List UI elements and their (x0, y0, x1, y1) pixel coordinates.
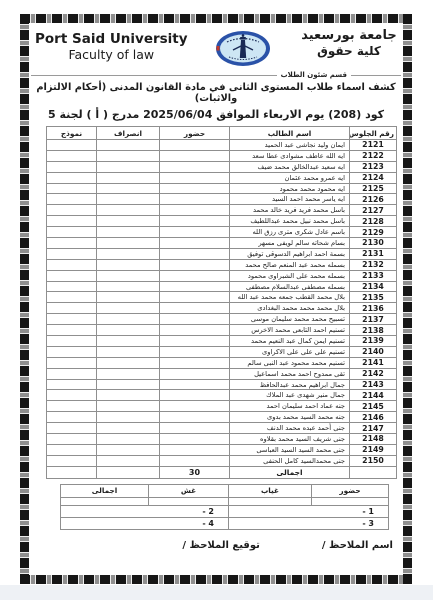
seat-number-cell: 2136 (350, 303, 397, 314)
attendance-cell (160, 259, 230, 270)
departure-cell (97, 292, 160, 303)
departure-cell (97, 336, 160, 347)
attendance-cell (160, 412, 230, 423)
stats-notes-row-2: - 3 - 4 (61, 517, 389, 529)
student-name-cell: بسمله محمد عبد المنعم صالح محمد (230, 259, 350, 270)
student-row: 2121 ايمان وليد نجاشى عبد الحميد (47, 140, 397, 151)
seat-number-cell: 2141 (350, 357, 397, 368)
attendance-cell (160, 205, 230, 216)
attendance-cell (160, 194, 230, 205)
student-name-cell: بلال محمد القطب جمعه محمد عبد الله (230, 292, 350, 303)
form-cell (47, 281, 97, 292)
university-name-ar: جامعة بورسعيد (299, 28, 399, 44)
seat-number-cell: 2130 (350, 238, 397, 249)
student-name-cell: تسنيم على على على الاكراوى (230, 346, 350, 357)
attendance-cell (160, 238, 230, 249)
seat-number-cell: 2132 (350, 259, 397, 270)
stats-header-row: حضور غياب غش اجمالى (61, 484, 389, 497)
form-cell (47, 183, 97, 194)
form-cell (47, 161, 97, 172)
seat-number-cell: 2144 (350, 390, 397, 401)
attendance-cell (160, 270, 230, 281)
student-name-cell: تسنيم محمد محمود عبد النبى سالم (230, 357, 350, 368)
seat-number-cell: 2148 (350, 434, 397, 445)
attendance-cell (160, 150, 230, 161)
faculty-name-en: Faculty of law (35, 47, 188, 63)
seat-number-cell: 2140 (350, 346, 397, 357)
seat-number-cell: 2123 (350, 161, 397, 172)
form-cell (47, 292, 97, 303)
form-cell (47, 270, 97, 281)
student-row: 2131 بسمة احمد ابراهيم الدسوقى توفيق (47, 248, 397, 259)
form-cell (47, 303, 97, 314)
note-line-1: - 1 (229, 505, 389, 517)
attendance-cell (160, 357, 230, 368)
form-cell (47, 401, 97, 412)
sheet-title: كشف اسماء طلاب المستوى الثانى في مادة ال… (29, 82, 403, 104)
attendance-cell (160, 346, 230, 357)
departure-cell (97, 401, 160, 412)
form-cell (47, 412, 97, 423)
student-name-cell: جنى أحمد عبده محمد الدنف (230, 423, 350, 434)
signature-line: اسم الملاحظ / توقيع الملاحظ / (29, 540, 393, 551)
form-cell (47, 140, 97, 151)
form-cell (47, 216, 97, 227)
attendance-cell (160, 336, 230, 347)
form-cell (47, 455, 97, 466)
departure-cell (97, 140, 160, 151)
col-header-seat-number: رقم الجلوس (350, 127, 397, 140)
departure-cell (97, 390, 160, 401)
student-name-cell: جنه عماد احمد سليمان احمد (230, 401, 350, 412)
seat-number-cell: 2135 (350, 292, 397, 303)
total-count: 30 (160, 466, 230, 478)
attendance-cell (160, 172, 230, 183)
col-header-departure: انصراف (97, 127, 160, 140)
student-name-cell: ايه محمود محمد محمود (230, 183, 350, 194)
form-cell (47, 346, 97, 357)
departure-cell (97, 238, 160, 249)
student-name-cell: باسل محمد نبيل محمد عبداللطيف (230, 216, 350, 227)
note-line-2: - 2 (61, 505, 229, 517)
student-name-cell: ايمان وليد نجاشى عبد الحميد (230, 140, 350, 151)
departure-cell (97, 325, 160, 336)
attendance-cell (160, 423, 230, 434)
seat-number-cell: 2125 (350, 183, 397, 194)
student-row: 2132 بسمله محمد عبد المنعم صالح محمد (47, 259, 397, 270)
student-name-cell: ايه سعيد عبدالخالق محمد ضيف (230, 161, 350, 172)
student-row: 2133 بسمله محمد على الشبراوى محمود (47, 270, 397, 281)
student-row: 2135 بلال محمد القطب جمعه محمد عبد الله (47, 292, 397, 303)
form-cell (47, 368, 97, 379)
attendance-cell (160, 281, 230, 292)
seat-number-cell: 2139 (350, 336, 397, 347)
attendance-cell (160, 183, 230, 194)
form-cell (47, 336, 97, 347)
student-name-cell: بسمة احمد ابراهيم الدسوقى توفيق (230, 248, 350, 259)
student-name-cell: بسام شحاته سالم لويفى مسهر (230, 238, 350, 249)
student-row: 2130 بسام شحاته سالم لويفى مسهر (47, 238, 397, 249)
student-name-cell: باسم عادل شكرى مترى رزق الله (230, 227, 350, 238)
departure-cell (97, 368, 160, 379)
seat-number-cell: 2131 (350, 248, 397, 259)
stats-header-total: اجمالى (61, 484, 149, 497)
summary-stats-table: حضور غياب غش اجمالى - 1 - 2 - 3 - 4 (60, 484, 389, 530)
student-name-cell: جمال منير شهدى عبد الملاك (230, 390, 350, 401)
student-name-cell: جنى محمدالسيد كامل الحنفى (230, 455, 350, 466)
stats-notes-row-1: - 1 - 2 (61, 505, 389, 517)
border-chain-top (20, 14, 412, 23)
student-name-cell: ايه عمرو محمد عثمان (230, 172, 350, 183)
seat-number-cell: 2126 (350, 194, 397, 205)
student-row: 2137 تسبيح محمد محمد سليمان موسى (47, 314, 397, 325)
seat-number-cell: 2127 (350, 205, 397, 216)
departure-cell (97, 205, 160, 216)
student-row: 2122 ايه الله عاطف مشوادى عطا سعد (47, 150, 397, 161)
decorative-border-frame: جامعة بورسعيد كلية حقوق (20, 14, 412, 584)
student-row: 2139 تسنيم ايمن كمال عبد النعيم محمد (47, 336, 397, 347)
divider-line-left (31, 75, 277, 76)
seat-number-cell: 2150 (350, 455, 397, 466)
divider-line-right (351, 75, 401, 76)
form-cell (47, 227, 97, 238)
student-row: 2140 تسنيم على على على الاكراوى (47, 346, 397, 357)
departure-cell (97, 346, 160, 357)
departure-cell (97, 161, 160, 172)
form-cell (47, 172, 97, 183)
student-name-cell: جمال ابراهيم محمد عبدالحافظ (230, 379, 350, 390)
form-cell (47, 390, 97, 401)
student-row: 2126 ايه ياسر محمد احمد السيد (47, 194, 397, 205)
border-chain-right (403, 14, 412, 584)
seat-number-cell: 2121 (350, 140, 397, 151)
attendance-cell (160, 216, 230, 227)
seat-number-cell: 2146 (350, 412, 397, 423)
attendance-cell (160, 303, 230, 314)
form-cell (47, 205, 97, 216)
department-divider: قسم شئون الطلاب (31, 70, 401, 80)
departure-cell (97, 259, 160, 270)
stats-header-absent: غياب (229, 484, 312, 497)
observer-name-label: اسم الملاحظ / (322, 540, 393, 551)
student-row: 2127 باسل محمد فريد فريد خالد محمد (47, 205, 397, 216)
student-name-cell: تسنيم احمد التابعى محمد الاخرس (230, 325, 350, 336)
departure-cell (97, 172, 160, 183)
form-cell (47, 194, 97, 205)
student-row: 2148 جنى شريف السيد محمد بقلاوه (47, 434, 397, 445)
student-row: 2134 بسمله مصطفى عبدالسلام مصطفى (47, 281, 397, 292)
faculty-name-ar: كلية حقوق (299, 44, 399, 59)
form-cell (47, 423, 97, 434)
student-name-cell: جنه محمد السيد محمد بدوى (230, 412, 350, 423)
student-name-cell: بسمله محمد على الشبراوى محمود (230, 270, 350, 281)
note-line-4: - 4 (61, 517, 229, 529)
sheet-header: جامعة بورسعيد كلية حقوق (29, 23, 403, 70)
seat-number-cell: 2137 (350, 314, 397, 325)
seat-number-cell: 2129 (350, 227, 397, 238)
border-chain-bottom (20, 575, 412, 584)
seat-number-cell: 2122 (350, 150, 397, 161)
total-label: اجمالى (230, 466, 350, 478)
student-row: 2150 جنى محمدالسيد كامل الحنفى (47, 455, 397, 466)
student-row: 2143 جمال ابراهيم محمد عبدالحافظ (47, 379, 397, 390)
student-row: 2138 تسنيم احمد التابعى محمد الاخرس (47, 325, 397, 336)
attendance-table: رقم الجلوس اسم الطالب حضور انصراف نموذج … (46, 126, 397, 479)
student-name-cell: تسنيم ايمن كمال عبد النعيم محمد (230, 336, 350, 347)
student-row: 2128 باسل محمد نبيل محمد عبداللطيف (47, 216, 397, 227)
note-line-3: - 3 (229, 517, 389, 529)
departure-cell (97, 314, 160, 325)
attendance-cell (160, 248, 230, 259)
student-row: 2142 تقى ممدوح احمد محمد اسماعيل (47, 368, 397, 379)
departure-cell (97, 183, 160, 194)
stats-empty-row (61, 497, 389, 505)
seat-number-cell: 2143 (350, 379, 397, 390)
col-header-form: نموذج (47, 127, 97, 140)
scanned-attendance-sheet: جامعة بورسعيد كلية حقوق (0, 0, 433, 600)
attendance-cell (160, 161, 230, 172)
departure-cell (97, 444, 160, 455)
attendance-cell (160, 455, 230, 466)
student-name-cell: باسل محمد فريد فريد خالد محمد (230, 205, 350, 216)
student-name-cell: تسبيح محمد محمد سليمان موسى (230, 314, 350, 325)
departure-cell (97, 227, 160, 238)
logo-container (215, 27, 271, 71)
student-row: 2136 بلال محمد محمد محمد البغدادى (47, 303, 397, 314)
seat-number-cell: 2128 (350, 216, 397, 227)
form-cell (47, 357, 97, 368)
form-cell (47, 259, 97, 270)
departure-cell (97, 150, 160, 161)
total-row-empty-cell (97, 466, 160, 478)
form-cell (47, 238, 97, 249)
seat-number-cell: 2149 (350, 444, 397, 455)
form-cell (47, 444, 97, 455)
total-row: اجمالى 30 (47, 466, 397, 478)
attendance-cell (160, 379, 230, 390)
attendance-cell (160, 390, 230, 401)
form-cell (47, 434, 97, 445)
student-name-cell: تقى ممدوح احمد محمد اسماعيل (230, 368, 350, 379)
departure-cell (97, 412, 160, 423)
departure-cell (97, 455, 160, 466)
sheet-content: جامعة بورسعيد كلية حقوق (29, 23, 403, 575)
attendance-cell (160, 444, 230, 455)
total-row-empty-seat-cell (350, 466, 397, 478)
seat-number-cell: 2145 (350, 401, 397, 412)
departure-cell (97, 423, 160, 434)
departure-cell (97, 194, 160, 205)
form-cell (47, 150, 97, 161)
seat-number-cell: 2138 (350, 325, 397, 336)
col-header-attendance: حضور (160, 127, 230, 140)
university-name-en: Port Said University (35, 31, 188, 47)
departure-cell (97, 303, 160, 314)
student-name-cell: ايه ياسر محمد احمد السيد (230, 194, 350, 205)
seat-number-cell: 2124 (350, 172, 397, 183)
attendance-cell (160, 325, 230, 336)
attendance-cell (160, 434, 230, 445)
attendance-table-header-row: رقم الجلوس اسم الطالب حضور انصراف نموذج (47, 127, 397, 140)
attendance-cell (160, 368, 230, 379)
student-row: 2146 جنه محمد السيد محمد بدوى (47, 412, 397, 423)
student-row: 2145 جنه عماد احمد سليمان احمد (47, 401, 397, 412)
observer-signature-label: توقيع الملاحظ / (182, 540, 260, 551)
form-cell (47, 248, 97, 259)
seat-number-cell: 2134 (350, 281, 397, 292)
student-name-cell: بسمله مصطفى عبدالسلام مصطفى (230, 281, 350, 292)
stats-header-cheating: غش (149, 484, 229, 497)
student-row: 2147 جنى أحمد عبده محمد الدنف (47, 423, 397, 434)
departure-cell (97, 216, 160, 227)
student-row: 2129 باسم عادل شكرى مترى رزق الله (47, 227, 397, 238)
col-header-student-name: اسم الطالب (230, 127, 350, 140)
seat-number-cell: 2133 (350, 270, 397, 281)
form-cell (47, 325, 97, 336)
header-english-block: Port Said University Faculty of law (35, 27, 188, 63)
departure-cell (97, 281, 160, 292)
total-row-empty-cell2 (47, 466, 97, 478)
student-row: 2144 جمال منير شهدى عبد الملاك (47, 390, 397, 401)
attendance-cell (160, 292, 230, 303)
stats-header-present: حضور (312, 484, 389, 497)
departure-cell (97, 248, 160, 259)
student-name-cell: جنى محمد السيد السيد العباسى (230, 444, 350, 455)
student-name-cell: جنى شريف السيد محمد بقلاوه (230, 434, 350, 445)
attendance-cell (160, 227, 230, 238)
attendance-cell (160, 401, 230, 412)
header-arabic-block: جامعة بورسعيد كلية حقوق (299, 27, 399, 59)
attendance-cell (160, 140, 230, 151)
attendance-cell (160, 314, 230, 325)
form-cell (47, 379, 97, 390)
student-name-cell: ايه الله عاطف مشوادى عطا سعد (230, 150, 350, 161)
scan-bottom-edge (0, 585, 433, 600)
seat-number-cell: 2147 (350, 423, 397, 434)
departure-cell (97, 379, 160, 390)
student-row: 2141 تسنيم محمد محمود عبد النبى سالم (47, 357, 397, 368)
student-row: 2123 ايه سعيد عبدالخالق محمد ضيف (47, 161, 397, 172)
student-name-cell: بلال محمد محمد محمد البغدادى (230, 303, 350, 314)
departure-cell (97, 357, 160, 368)
departure-cell (97, 434, 160, 445)
student-row: 2149 جنى محمد السيد السيد العباسى (47, 444, 397, 455)
student-row: 2124 ايه عمرو محمد عثمان (47, 172, 397, 183)
department-label: قسم شئون الطلاب (277, 71, 351, 79)
seat-number-cell: 2142 (350, 368, 397, 379)
form-cell (47, 314, 97, 325)
student-row: 2125 ايه محمود محمد محمود (47, 183, 397, 194)
departure-cell (97, 270, 160, 281)
university-logo-icon (215, 30, 271, 67)
border-chain-left (20, 14, 29, 584)
exam-session-line: كود (208) يوم الاربعاء الموافق 2025/06/0… (29, 108, 403, 121)
